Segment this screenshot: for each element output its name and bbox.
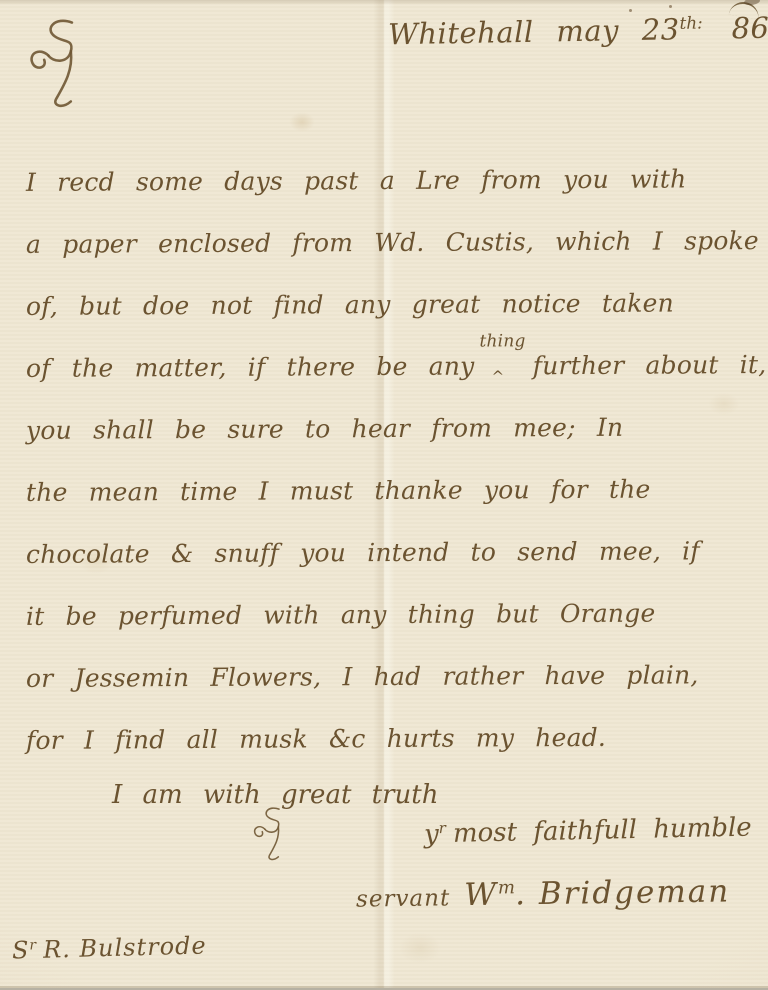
body-line-9: or Jessemin Flowers, I had rather have p…	[26, 644, 750, 710]
body-line-2: a paper enclosed from Wd. Custis, which …	[26, 210, 750, 276]
date-year: 86	[731, 11, 768, 46]
ink-speck	[629, 9, 632, 12]
signature-name: Wm. Bridgeman	[464, 873, 731, 913]
body-line-10: for I find all musk &c hurts my head.	[26, 706, 750, 772]
body-line-8: it be perfumed with any thing but Orange	[26, 582, 750, 648]
interlinear-insertion: thing^	[496, 349, 512, 374]
salutation-flourish	[22, 14, 92, 110]
letter-photograph: Sr Whitehall may 23th: 86 I recd some da…	[0, 0, 768, 990]
body-line-4-post: further about it,	[533, 350, 767, 380]
closing-faithful-line: yrmost faithfull humble	[424, 813, 752, 850]
ink-speck	[669, 5, 672, 8]
letter-body: I recd some days past a Lre from you wit…	[26, 150, 750, 770]
body-line-1: I recd some days past a Lre from you wit…	[26, 148, 750, 214]
place-name: Whitehall	[388, 15, 534, 52]
addressee-title: S	[12, 936, 30, 964]
body-line-7: chocolate & snuff you intend to send mee…	[26, 520, 750, 586]
signature-line: servantWm. Bridgeman	[356, 873, 731, 914]
dateline: Whitehall may 23th: 86	[388, 11, 768, 52]
date-month-day: may 23	[556, 12, 680, 48]
caret-mark: ^	[492, 369, 505, 384]
body-line-5: you shall be sure to hear from mee; In	[26, 396, 750, 462]
addressee-name: R. Bulstrode	[43, 931, 207, 963]
date-ordinal: th:	[679, 12, 703, 32]
closing-flourish	[246, 804, 294, 862]
addressee: SrR. Bulstrode	[12, 931, 207, 964]
servant-word: servant	[356, 885, 451, 912]
your-abbrev: y	[424, 819, 439, 849]
body-line-4-pre: of the matter, if there be any	[26, 352, 475, 383]
letter-page: Sr Whitehall may 23th: 86 I recd some da…	[0, 0, 768, 990]
body-line-4-with-insertion: of the matter, if there be any thing^ fu…	[26, 334, 750, 400]
body-line-6: the mean time I must thanke you for the	[26, 458, 750, 524]
addressee-title-sup: r	[29, 937, 36, 953]
faithful-text: most faithfull humble	[453, 813, 752, 849]
inserted-word: thing	[479, 333, 525, 350]
body-line-3: of, but doe not find any great notice ta…	[26, 272, 750, 338]
your-abbrev-sup: r	[438, 819, 446, 837]
